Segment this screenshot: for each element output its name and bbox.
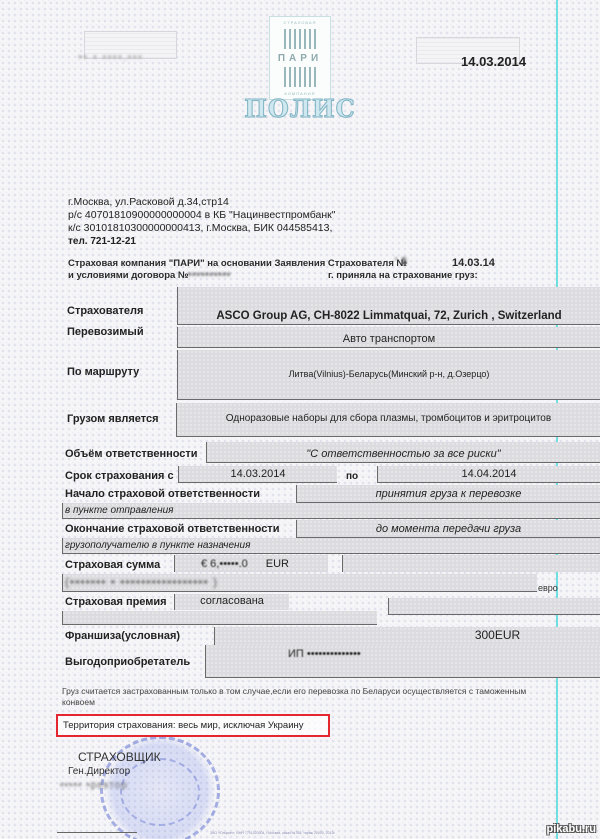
signature-name: ••••• •ректор bbox=[60, 780, 128, 791]
sum-insured-label: Страховая сумма bbox=[65, 559, 160, 571]
company-stamp-inner-ring bbox=[120, 758, 200, 826]
customs-convoy-note: Груз считается застрахованным только в т… bbox=[62, 686, 532, 708]
period-to-label: по bbox=[346, 471, 358, 482]
premium-line-2 bbox=[62, 611, 377, 625]
liability-end-label: Окончание страховой ответственности bbox=[65, 523, 279, 535]
period-from-field: 14.03.2014 bbox=[178, 466, 337, 483]
watermark: pikabu.ru bbox=[546, 823, 596, 835]
sum-insured-extra-field bbox=[342, 555, 600, 572]
intro-line-1: Страховая компания "ПАРИ" на основании З… bbox=[68, 258, 407, 269]
period-label: Срок страхования с bbox=[65, 470, 174, 482]
insurer-label: Страхователя bbox=[67, 305, 143, 317]
signature-title: Ген.Директор bbox=[68, 766, 130, 777]
premium-field: согласована bbox=[174, 594, 289, 610]
logo-bars-bottom bbox=[284, 67, 316, 87]
sum-in-words-suffix: евро bbox=[538, 583, 558, 593]
sum-insured-currency: EUR bbox=[266, 558, 289, 572]
liability-start-field: принятия груза к перевозке bbox=[296, 485, 600, 503]
route-field: Литва(Vilnius)-Беларусь(Минский р-н, д.О… bbox=[177, 350, 600, 400]
intro-line-2-end: г. приняла на страхование груз: bbox=[328, 270, 478, 281]
liability-end-field: до момента передачи груза bbox=[296, 520, 600, 538]
transport-label: Перевозимый bbox=[67, 326, 144, 338]
sum-in-words-value: (••••••• • ••••••••••••••••• ) bbox=[65, 575, 218, 591]
liability-start-field-2: в пункте отправления bbox=[62, 503, 600, 519]
period-from-value: 14.03.2014 bbox=[230, 468, 285, 482]
period-to-value: 14.04.2014 bbox=[461, 468, 516, 482]
cargo-label: Грузом является bbox=[67, 413, 159, 425]
territory-highlight: Территория страхования: весь мир, исключ… bbox=[56, 714, 330, 737]
signature-insurer: СТРАХОВЩИК bbox=[78, 750, 161, 764]
premium-value: согласована bbox=[200, 595, 264, 609]
deductible-value: 300EUR bbox=[475, 628, 520, 644]
transport-field: Авто транспортом bbox=[177, 327, 600, 348]
premium-extra-field bbox=[388, 598, 600, 615]
logo-top-text: СТРАХОВАЯ bbox=[283, 20, 316, 25]
application-number: ' 5 bbox=[395, 256, 408, 266]
coverage-label: Объём ответственности bbox=[65, 448, 198, 460]
logo-name: ПАРИ bbox=[278, 53, 322, 64]
route-value: Литва(Vilnius)-Беларусь(Минский р-н, д.О… bbox=[289, 369, 490, 381]
sum-insured-value: € 6,•••••.0 bbox=[201, 558, 248, 572]
territory-text: Территория страхования: весь мир, исключ… bbox=[63, 720, 304, 731]
cargo-value: Одноразовые наборы для сбора плазмы, тро… bbox=[226, 413, 551, 426]
premium-label: Страховая премия bbox=[65, 596, 167, 608]
company-address: г.Москва, ул.Расковой д.34,стр14 bbox=[68, 196, 229, 209]
document-title: ПОЛИС bbox=[230, 94, 370, 123]
application-date: 14.03.14 bbox=[452, 257, 495, 269]
beneficiary-label: Выгодоприобретатель bbox=[65, 656, 190, 668]
cargo-field: Одноразовые наборы для сбора плазмы, тро… bbox=[176, 403, 600, 437]
liability-end-field-2: грузополучателю в пункте назначения bbox=[62, 538, 600, 554]
liability-end-value: до момента передачи груза bbox=[376, 523, 521, 537]
signature-line bbox=[57, 832, 137, 833]
print-info: ЗАО «Опцион», ИНН 7701020304, г.Москва, … bbox=[210, 831, 335, 835]
insurer-field: ASCO Group AG, CH-8022 Limmatquai, 72, Z… bbox=[177, 287, 600, 325]
policy-number: •• • ••••.••• bbox=[78, 50, 143, 64]
sum-insured-field: € 6,•••••.0 EUR bbox=[174, 555, 328, 572]
beneficiary-value: ИП •••••••••••••• bbox=[288, 648, 361, 662]
issue-date: 14.03.2014 bbox=[461, 54, 526, 69]
intro-line-2: и условиями договора № bbox=[68, 270, 189, 281]
deductible-label: Франшиза(условная) bbox=[65, 630, 180, 642]
period-to-field: 14.04.2014 bbox=[377, 466, 600, 483]
liability-start-value-2: в пункте отправления bbox=[65, 505, 174, 518]
liability-start-value: принятия груза к перевозке bbox=[376, 488, 522, 502]
company-phone: тел. 721-12-21 bbox=[68, 235, 136, 248]
contract-number: •••••••••• bbox=[188, 269, 231, 280]
coverage-value: "С ответственностью за все риски" bbox=[306, 448, 500, 462]
company-corr-account: к/с 30101810300000000413, г.Москва, БИК … bbox=[68, 222, 332, 235]
sum-in-words-field: (••••••• • ••••••••••••••••• ) bbox=[62, 574, 537, 592]
beneficiary-field: ИП •••••••••••••• bbox=[205, 645, 600, 678]
route-label: По маршруту bbox=[67, 366, 139, 378]
liability-start-label: Начало страховой ответственности bbox=[65, 488, 260, 500]
coverage-field: "С ответственностью за все риски" bbox=[206, 442, 600, 463]
company-account: р/с 40701810900000000004 в КБ "Нацинвест… bbox=[68, 209, 335, 222]
insurer-value: ASCO Group AG, CH-8022 Limmatquai, 72, Z… bbox=[216, 310, 561, 324]
liability-end-value-2: грузополучателю в пункте назначения bbox=[65, 540, 250, 553]
transport-value: Авто транспортом bbox=[343, 333, 435, 347]
company-logo: СТРАХОВАЯ ПАРИ КОМПАНИЯ bbox=[269, 16, 331, 100]
deductible-field: 300EUR bbox=[214, 627, 600, 646]
logo-bars-top bbox=[284, 29, 316, 49]
